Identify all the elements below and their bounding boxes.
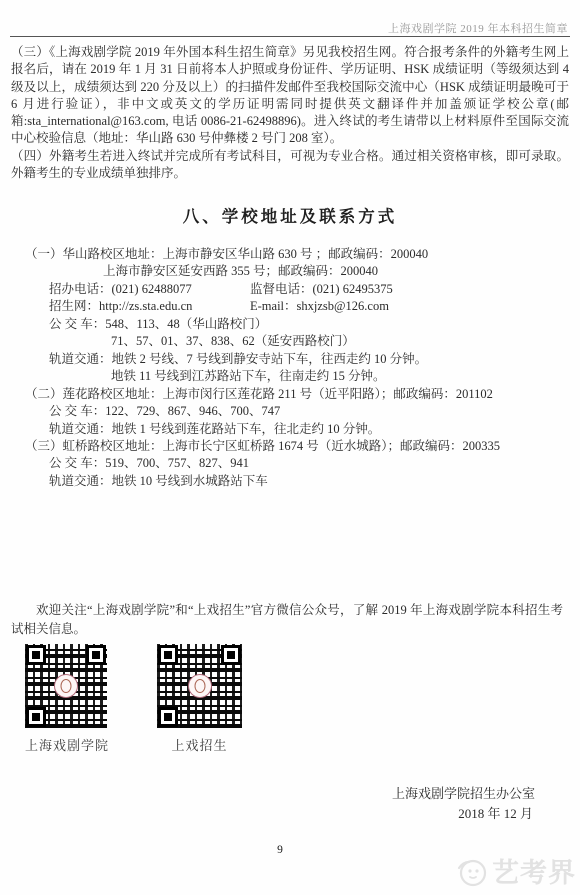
qr-item-academy: 上海戏剧学院: [25, 644, 109, 754]
bus-label: 公 交 车：: [49, 456, 105, 470]
campus3-number: （三）: [25, 439, 63, 453]
qr-finder-icon: [158, 707, 178, 727]
campus2-address-line: （二）莲花路校区地址：上海市闵行区莲花路 211 号（近平阳路）；邮政编码：20…: [11, 386, 571, 403]
campus3-metro: 地铁 10 号线到水城路站下车: [112, 474, 268, 488]
supervise-phone-label: 监督电话：: [250, 282, 313, 296]
qr-finder-icon: [86, 645, 106, 665]
campus3-address: 上海市长宁区虹桥路 1674 号（近水城路）；邮政编码：200335: [163, 439, 501, 453]
campus1-bus-line1: 公 交 车：548、113、48（华山路校门）: [11, 316, 571, 333]
email-label: E-mail：: [250, 299, 297, 313]
campus3-metro-line: 轨道交通：地铁 10 号线到水城路站下车: [11, 473, 571, 490]
admission-phone-label: 招办电话：: [49, 282, 112, 296]
wechat-notice-paragraph: 欢迎关注“上海戏剧学院”和“上戏招生”官方微信公众号，了解 2019 年上海戏剧…: [11, 601, 563, 638]
campus1-number: （一）: [25, 247, 63, 261]
address-block: （一）华山路校区地址：上海市静安区华山路 630 号 ；邮政编码：200040 …: [11, 246, 571, 490]
campus3-address-line: （三）虹桥路校区地址：上海市长宁区虹桥路 1674 号（近水城路）；邮政编码：2…: [11, 438, 571, 455]
email-value: shxjzsb@126.com: [297, 299, 389, 313]
bus-label: 公 交 车：: [49, 317, 105, 331]
campus2-metro: 地铁 1 号线到莲花路站下车，往北走约 10 分钟。: [112, 422, 381, 436]
campus1-metro2: 地铁 11 号线到江苏路站下车，往南走约 15 分钟。: [111, 369, 386, 383]
document-page: 上海戏剧学院 2019 年本科招生简章 （三）《上海戏剧学院 2019 年外国本…: [0, 0, 580, 895]
metro-label: 轨道交通：: [49, 474, 112, 488]
body-paragraphs: （三）《上海戏剧学院 2019 年外国本科生招生简章》另见我校招生网。符合报考条…: [11, 44, 569, 182]
campus1-address-line1: （一）华山路校区地址：上海市静安区华山路 630 号 ；邮政编码：200040: [11, 246, 571, 263]
qr-code-academy: [25, 644, 107, 728]
campus1-address1: 上海市静安区华山路 630 号 ；邮政编码：200040: [163, 247, 429, 261]
campus1-name-label: 华山路校区地址：: [63, 247, 163, 261]
campus1-bus-line2: 71、57、01、37、838、62（延安西路校门）: [11, 333, 571, 350]
campus1-address2: 上海市静安区延安西路 355 号；邮政编码：200040: [103, 264, 378, 278]
paragraph-3: （三）《上海戏剧学院 2019 年外国本科生招生简章》另见我校招生网。符合报考条…: [11, 44, 569, 148]
qr-finder-icon: [26, 707, 46, 727]
campus1-bus-routes2: 71、57、01、37、838、62（延安西路校门）: [111, 334, 355, 348]
qr-code-admissions: [157, 644, 242, 728]
qr-item-admissions: 上戏招生: [157, 644, 242, 754]
school-seal-icon: [188, 674, 212, 698]
qr-label-admissions: 上戏招生: [157, 735, 242, 754]
watermark-text: 艺考界: [492, 851, 576, 890]
supervise-phone-value: (021) 62495375: [313, 282, 393, 296]
footer-office-name: 上海戏剧学院招生办公室: [392, 783, 535, 802]
campus1-metro1: 地铁 2 号线、7 号线到静安寺站下车，往西走约 10 分钟。: [112, 352, 428, 366]
school-seal-icon: [54, 674, 78, 698]
admission-phone-value: (021) 62488077: [112, 282, 192, 296]
campus1-metro-line2: 地铁 11 号线到江苏路站下车，往南走约 15 分钟。: [11, 368, 571, 385]
campus3-bus-line: 公 交 车：519、700、757、827、941: [11, 455, 571, 472]
metro-label: 轨道交通：: [49, 352, 112, 366]
campus1-web-line: 招生网：http://zs.sta.edu.cnE-mail：shxjzsb@1…: [11, 298, 571, 315]
header-divider: [10, 36, 570, 37]
campus2-metro-line: 轨道交通：地铁 1 号线到莲花路站下车，往北走约 10 分钟。: [11, 421, 571, 438]
paragraph-4: （四）外籍考生若进入终试并完成所有考试科目，可视为专业合格。通过相关资格审核，即…: [11, 148, 569, 183]
qr-finder-icon: [158, 645, 178, 665]
admission-site-label: 招生网：: [49, 299, 99, 313]
bus-label: 公 交 车：: [49, 404, 105, 418]
qr-finder-icon: [26, 645, 46, 665]
campus1-address-line2: 上海市静安区延安西路 355 号；邮政编码：200040: [11, 263, 571, 280]
campus3-name-label: 虹桥路校区地址：: [63, 439, 163, 453]
campus2-number: （二）: [25, 387, 63, 401]
qr-code-row: 上海戏剧学院 上戏招生: [25, 644, 242, 754]
yikaojie-watermark: 艺考界: [455, 851, 576, 890]
campus1-bus-routes1: 548、113、48（华山路校门）: [105, 317, 267, 331]
footer-date: 2018 年 12 月: [458, 803, 533, 822]
campus2-address: 上海市闵行区莲花路 211 号（近平阳路）；邮政编码：201102: [163, 387, 493, 401]
campus2-bus-routes: 122、729、867、946、700、747: [105, 404, 280, 418]
campus2-bus-line: 公 交 车：122、729、867、946、700、747: [11, 403, 571, 420]
page-header-title: 上海戏剧学院 2019 年本科招生简章: [388, 20, 568, 36]
metro-label: 轨道交通：: [49, 422, 112, 436]
campus2-name-label: 莲花路校区地址：: [63, 387, 163, 401]
qr-finder-icon: [221, 645, 241, 665]
qr-label-academy: 上海戏剧学院: [25, 735, 109, 754]
campus1-metro-line1: 轨道交通：地铁 2 号线、7 号线到静安寺站下车，往西走约 10 分钟。: [11, 351, 571, 368]
section-title: 八、学校地址及联系方式: [0, 203, 580, 227]
admission-site-url: http://zs.sta.edu.cn: [99, 299, 192, 313]
campus1-phone-line: 招办电话：(021) 62488077监督电话：(021) 62495375: [11, 281, 571, 298]
campus3-bus-routes: 519、700、757、827、941: [105, 456, 249, 470]
winking-face-icon: [455, 854, 489, 888]
